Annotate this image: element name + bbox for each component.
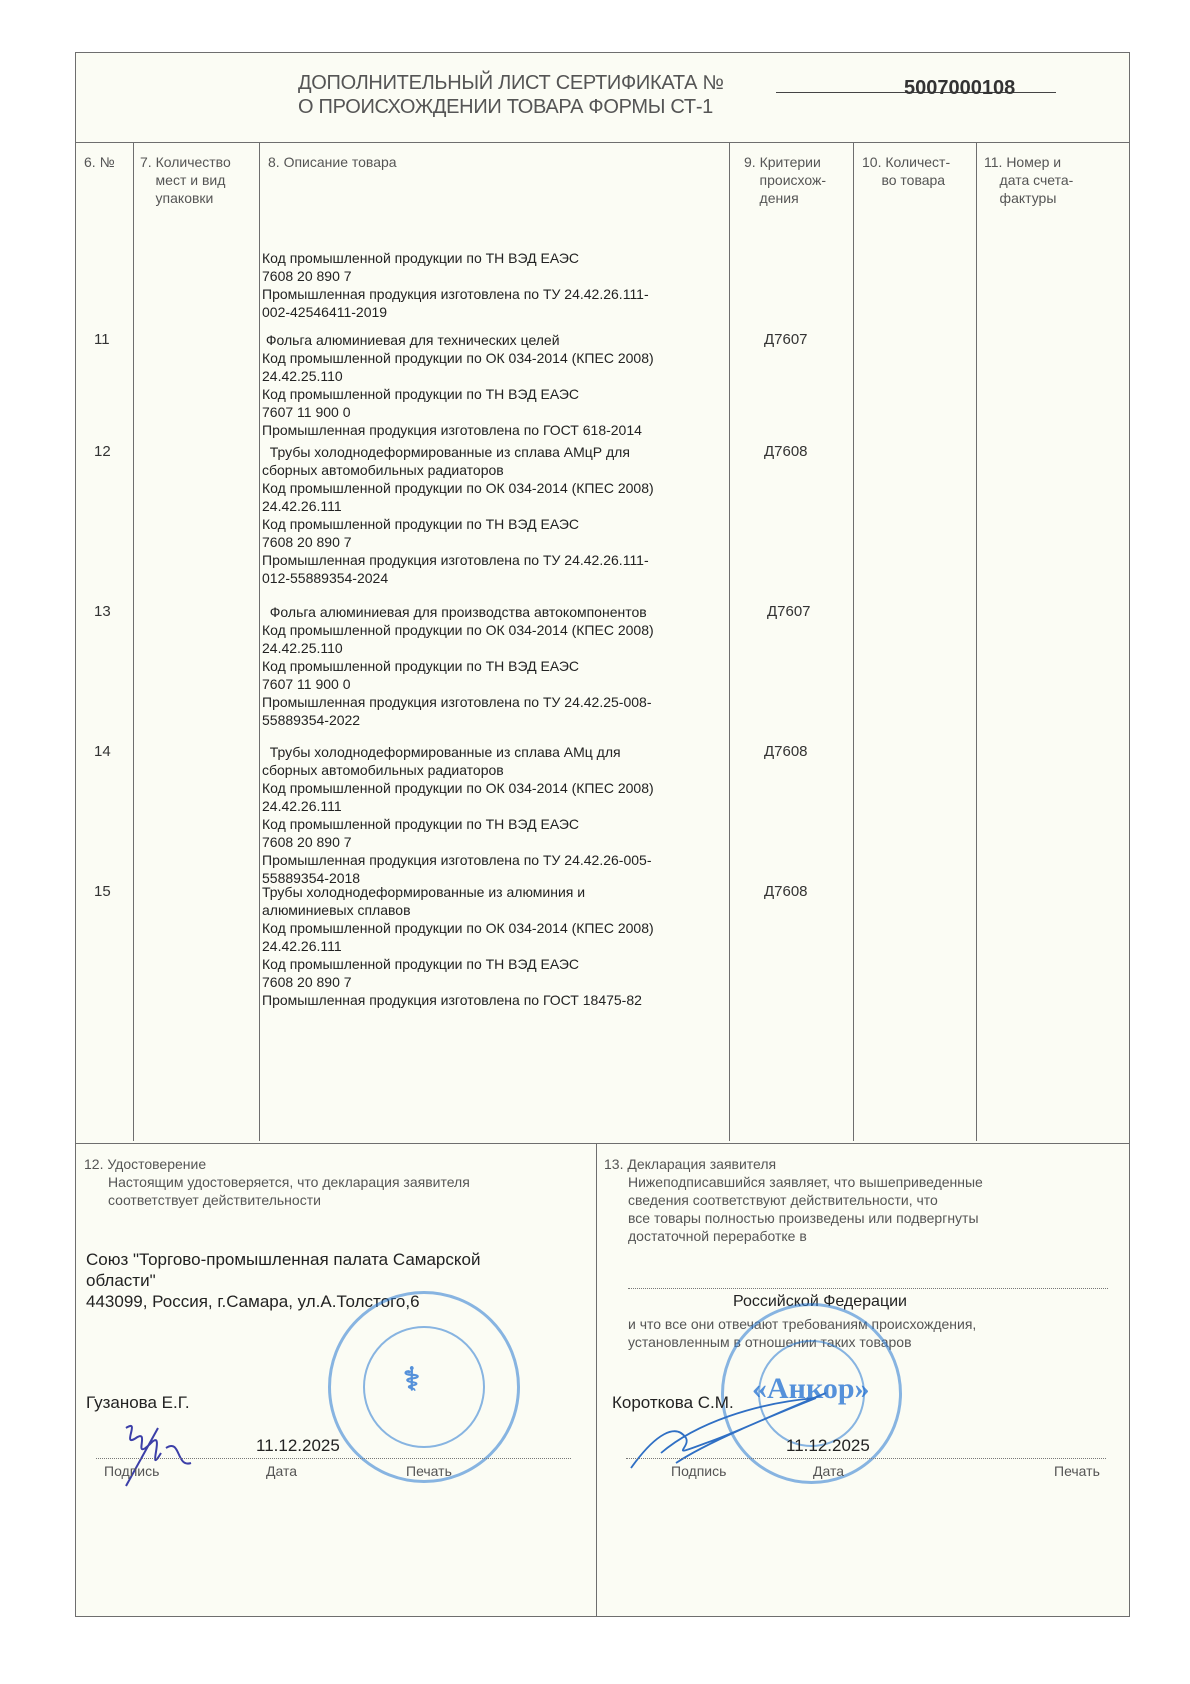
- item-criterion: Д7607: [764, 331, 808, 348]
- column-header-description: 8. Описание товара: [268, 153, 397, 171]
- item-description: Трубы холоднодеформированные из алюминия…: [262, 883, 654, 1009]
- item-number: 15: [94, 883, 111, 900]
- signature-line: [626, 1458, 1106, 1459]
- column-header-packages: 7. Количество мест и вид упаковки: [140, 153, 231, 207]
- sheet-header: ДОПОЛНИТЕЛЬНЫЙ ЛИСТ СЕРТИФИКАТА № О ПРОИ…: [76, 53, 1129, 143]
- column-divider: [259, 143, 260, 1141]
- item-criterion: Д7607: [767, 603, 811, 620]
- item-number: 13: [94, 603, 111, 620]
- item-number: 14: [94, 743, 111, 760]
- column-header-number: 6. №: [84, 153, 115, 171]
- signature-label: Подпись: [671, 1463, 726, 1479]
- caduceus-icon: ⚕: [403, 1360, 420, 1398]
- certification-text: Настоящим удостоверяется, что декларация…: [108, 1173, 470, 1209]
- date-label: Дата: [266, 1463, 297, 1479]
- declaration-heading: 13. Декларация заявителя: [604, 1155, 776, 1173]
- stamp-label: Печать: [406, 1463, 452, 1479]
- continuation-description: Код промышленной продукции по ТН ВЭД ЕАЭ…: [262, 249, 649, 321]
- title-line-2: О ПРОИСХОЖДЕНИИ ТОВАРА ФОРМЫ СТ-1: [298, 95, 724, 119]
- column-divider: [976, 143, 977, 1141]
- column-header-criteria: 9. Критерии происхож- дения: [744, 153, 826, 207]
- column-divider: [133, 143, 134, 1141]
- item-number: 11: [94, 331, 110, 348]
- declaration-date: 11.12.2025: [786, 1436, 870, 1456]
- date-label: Дата: [813, 1463, 844, 1479]
- column-divider: [853, 143, 854, 1141]
- item-description: Фольга алюминиевая для производства авто…: [262, 603, 654, 729]
- column-header-invoice: 11. Номер и дата счета- фактуры: [984, 153, 1073, 207]
- signature-line: [96, 1458, 571, 1459]
- item-description: Трубы холоднодеформированные из сплава А…: [262, 443, 654, 587]
- bottom-divider: [76, 1143, 1129, 1144]
- item-number: 12: [94, 443, 111, 460]
- chamber-stamp: ⚕: [328, 1291, 520, 1483]
- certification-heading: 12. Удостоверение: [84, 1155, 206, 1173]
- item-description: Трубы холоднодеформированные из сплава А…: [262, 743, 654, 887]
- column-header-quantity: 10. Количест- во товара: [862, 153, 950, 189]
- declaration-text: Нижеподписавшийся заявляет, что вышеприв…: [628, 1173, 983, 1245]
- column-divider: [729, 143, 730, 1141]
- title-line-1: ДОПОЛНИТЕЛЬНЫЙ ЛИСТ СЕРТИФИКАТА №: [298, 71, 724, 95]
- bottom-column-divider: [596, 1143, 597, 1616]
- item-criterion: Д7608: [764, 743, 808, 760]
- certificate-number: 5007000108: [904, 77, 1015, 100]
- country-line: [628, 1288, 1108, 1289]
- stamp-label: Печать: [1054, 1463, 1100, 1479]
- certificate-sheet: ДОПОЛНИТЕЛЬНЫЙ ЛИСТ СЕРТИФИКАТА № О ПРОИ…: [75, 52, 1130, 1617]
- certification-date: 11.12.2025: [256, 1436, 340, 1456]
- page-title: ДОПОЛНИТЕЛЬНЫЙ ЛИСТ СЕРТИФИКАТА № О ПРОИ…: [298, 71, 724, 119]
- item-criterion: Д7608: [764, 883, 808, 900]
- signature-label: Подпись: [104, 1463, 159, 1479]
- item-criterion: Д7608: [764, 443, 808, 460]
- item-description: Фольга алюминиевая для технических целей…: [262, 331, 654, 439]
